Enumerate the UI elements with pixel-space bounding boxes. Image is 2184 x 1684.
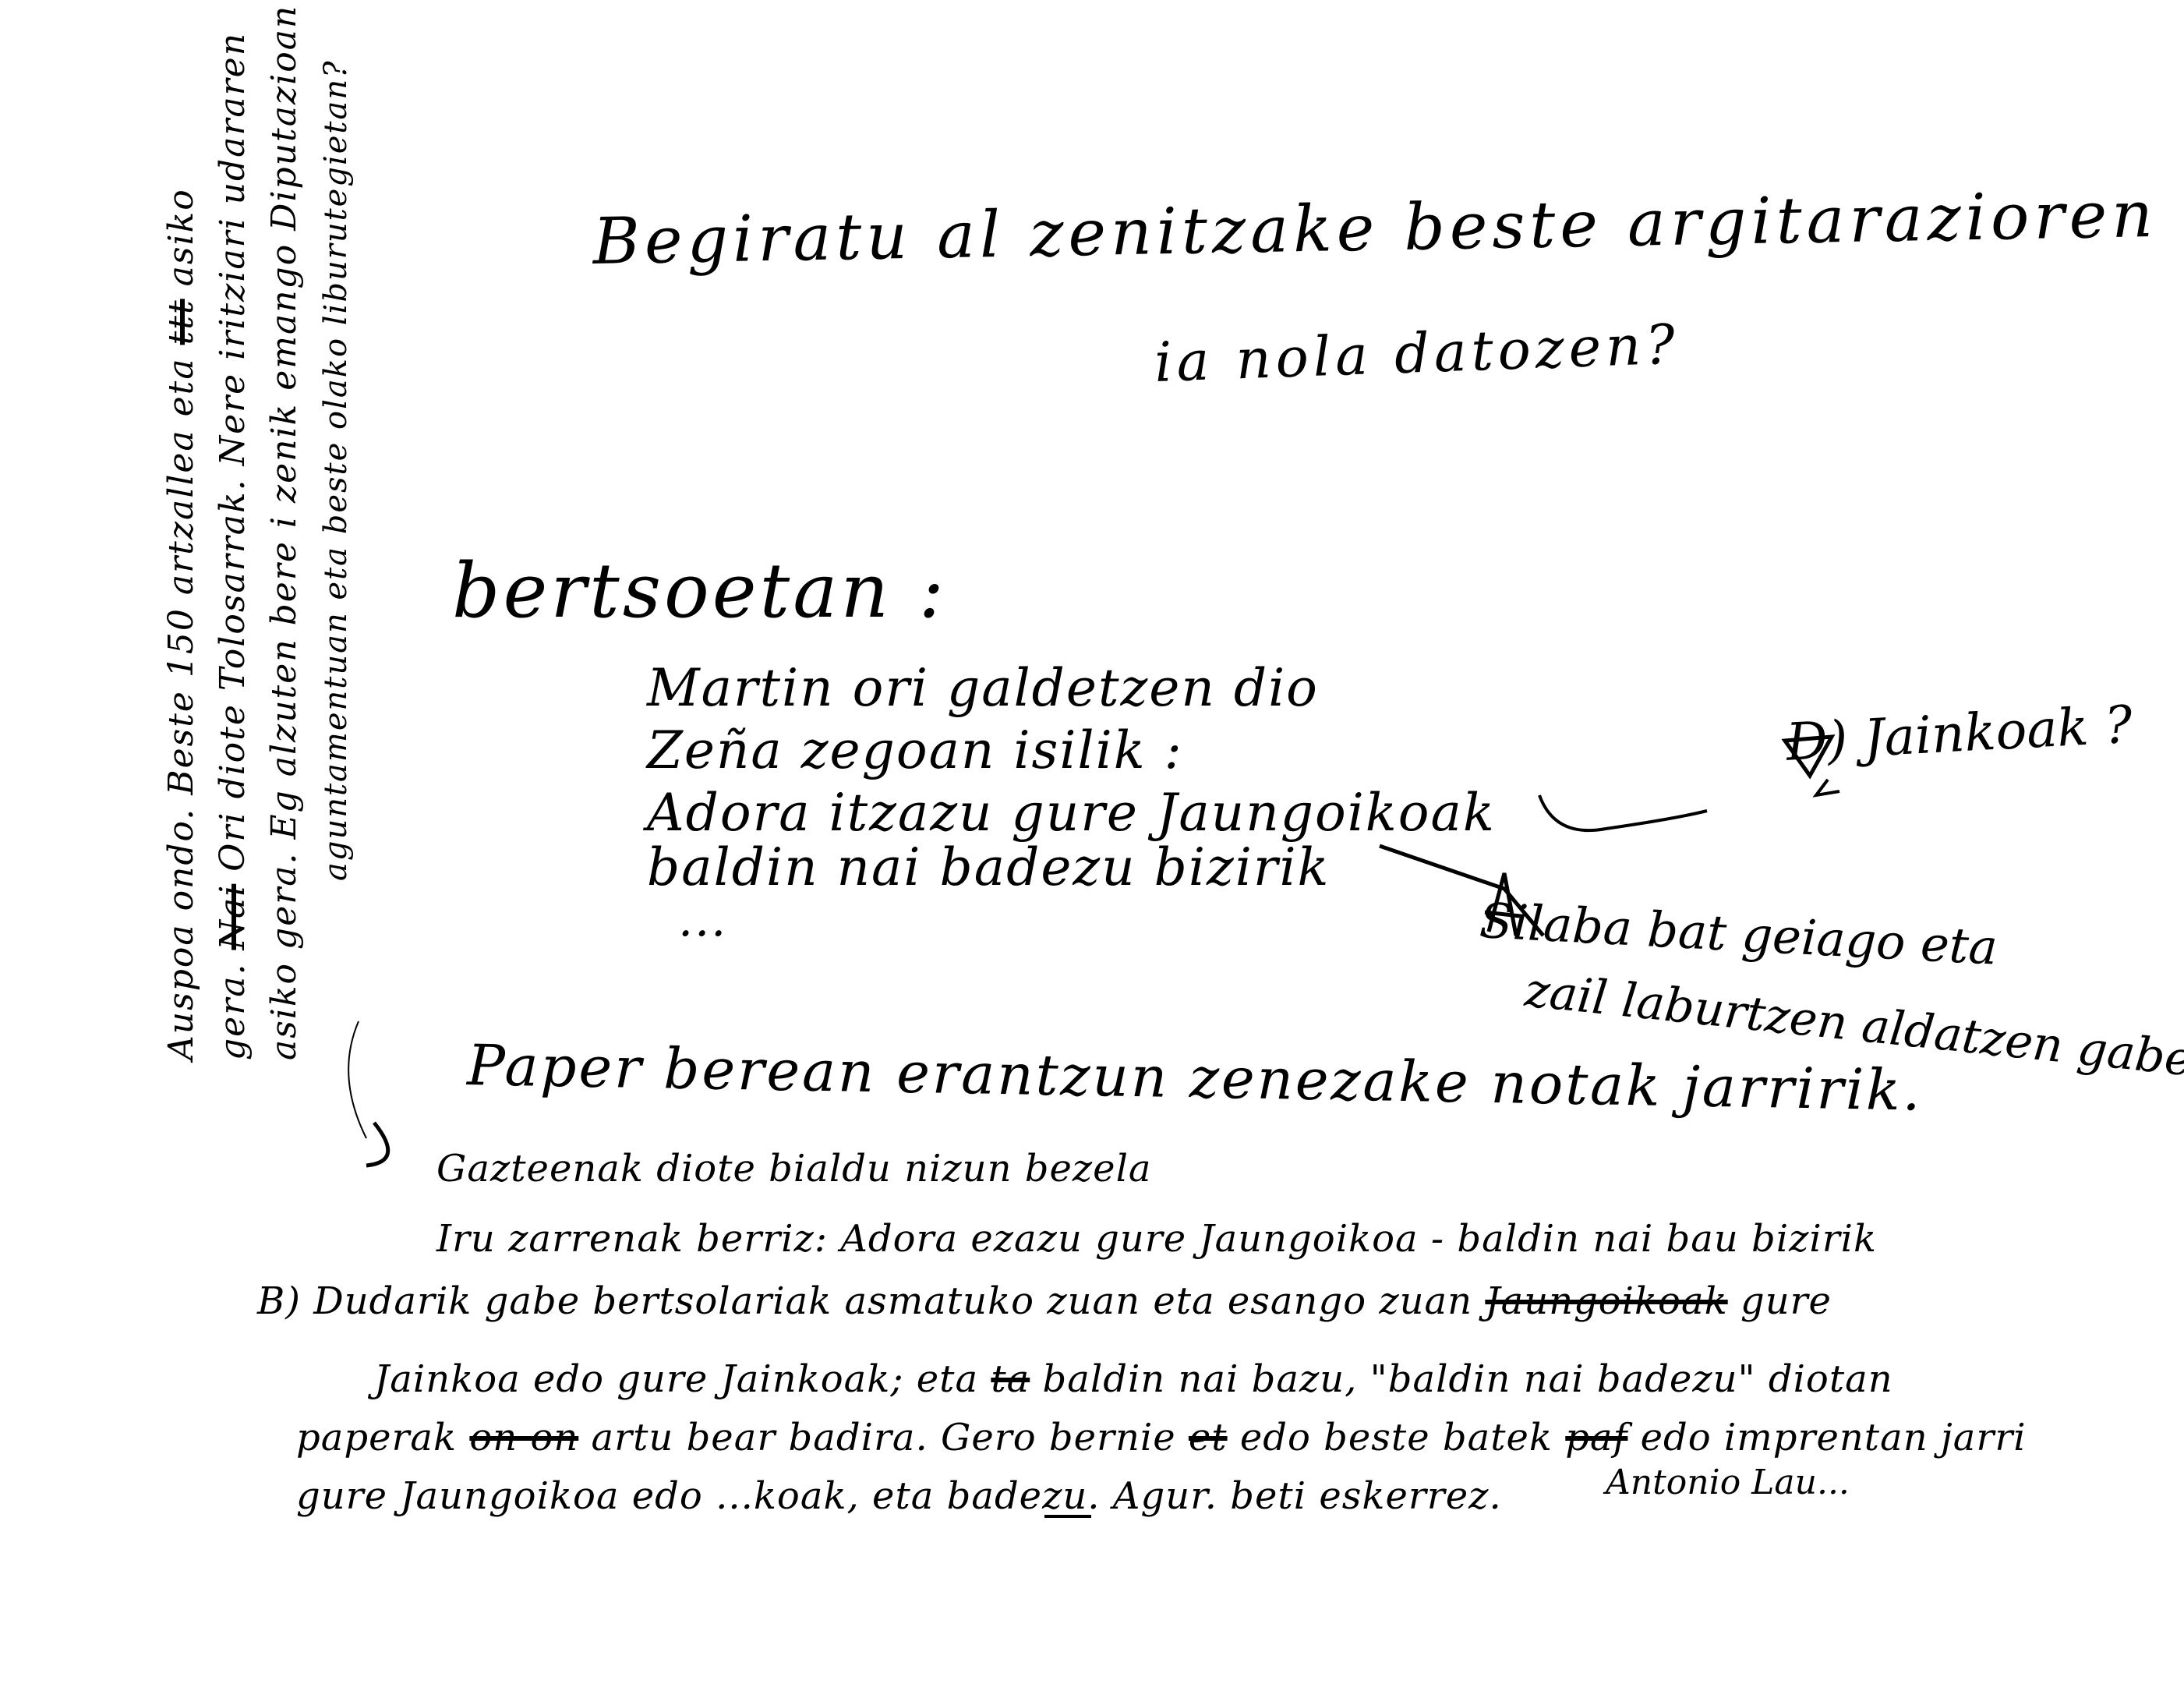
reply-text: edo beste batek: [1240, 1416, 1553, 1459]
reply-line: B) Dudarik gabe bertsolariak asmatuko zu…: [257, 1282, 1832, 1320]
reply-text: baldin nai bazu, "baldin nai badezu" dio…: [1043, 1357, 1893, 1401]
reply-line: Gazteenak diote bialdu nizun bezela: [436, 1150, 1152, 1187]
reply-text: gure: [1740, 1279, 1832, 1323]
reply-text: B) Dudarik gabe bertsolariak asmatuko zu…: [257, 1279, 1472, 1323]
reply-line: paperak on on artu bear badira. Gero ber…: [296, 1419, 2027, 1456]
struck-text: et: [1189, 1416, 1228, 1459]
question-line-2: ia nola datozen?: [1154, 317, 1680, 389]
verse-line: baldin nai badezu bizirik: [647, 842, 1331, 893]
margin-line: Auspoa ondo. Beste 150 artzallea eta ttt…: [156, 47, 207, 1060]
struck-text: ttt: [161, 299, 201, 345]
reply-line: gure Jaungoikoa edo ...koak, eta badezu.…: [296, 1477, 1502, 1515]
verse-line: Zeña zegoan isilik :: [647, 725, 1183, 777]
margin-text: Auspoa ondo. Beste 150 artzallea eta: [161, 357, 201, 1060]
struck-text: on on: [469, 1416, 578, 1459]
reply-text: edo imprentan jarri: [1641, 1416, 2027, 1459]
reply-line: Jainkoa edo gure Jainkoak; eta ta baldin…: [374, 1360, 1893, 1398]
margin-note: Auspoa ondo. Beste 150 artzallea eta ttt…: [156, 47, 362, 1060]
struck-text: Nai: [213, 884, 253, 950]
signature: Antonio Lau...: [1606, 1466, 1850, 1500]
verse-ellipsis: ...: [678, 897, 727, 943]
underline-curve-icon: [1539, 795, 1707, 830]
verse-line: Adora itzazu gure Jaungoikoak: [647, 787, 1496, 839]
struck-text: ta: [991, 1357, 1030, 1401]
margin-line: aguntamentuan eta beste olako liburutegi…: [310, 47, 362, 1060]
letter-page: Begiratu al zenitzake beste argitarazior…: [0, 0, 2184, 1684]
margin-text: gera.: [213, 963, 253, 1060]
section-heading: bertsoetan :: [452, 554, 947, 628]
struck-text: paf: [1565, 1416, 1627, 1459]
reply-line: Iru zarrenak berriz: Adora ezazu gure Ja…: [436, 1220, 1877, 1258]
margin-hook-icon: [366, 1123, 388, 1166]
margin-text: Ori diote Tolosarrak. Nere iritziari uda…: [213, 32, 253, 872]
margin-line: gera. Nai Ori diote Tolosarrak. Nere iri…: [207, 47, 259, 1060]
margin-text: asiko: [161, 188, 201, 286]
reply-text: paperak: [296, 1416, 457, 1459]
struck-text: Jaungoikoak: [1485, 1279, 1727, 1323]
verse-line: Martin ori galdetzen dio: [647, 663, 1319, 714]
reply-text: artu bear badira. Gero bernie: [592, 1416, 1176, 1459]
reply-text: Jainkoa edo gure Jainkoak; eta: [374, 1357, 978, 1401]
margin-line: asiko gera. Eg alzuten bere i zenik eman…: [259, 47, 310, 1060]
